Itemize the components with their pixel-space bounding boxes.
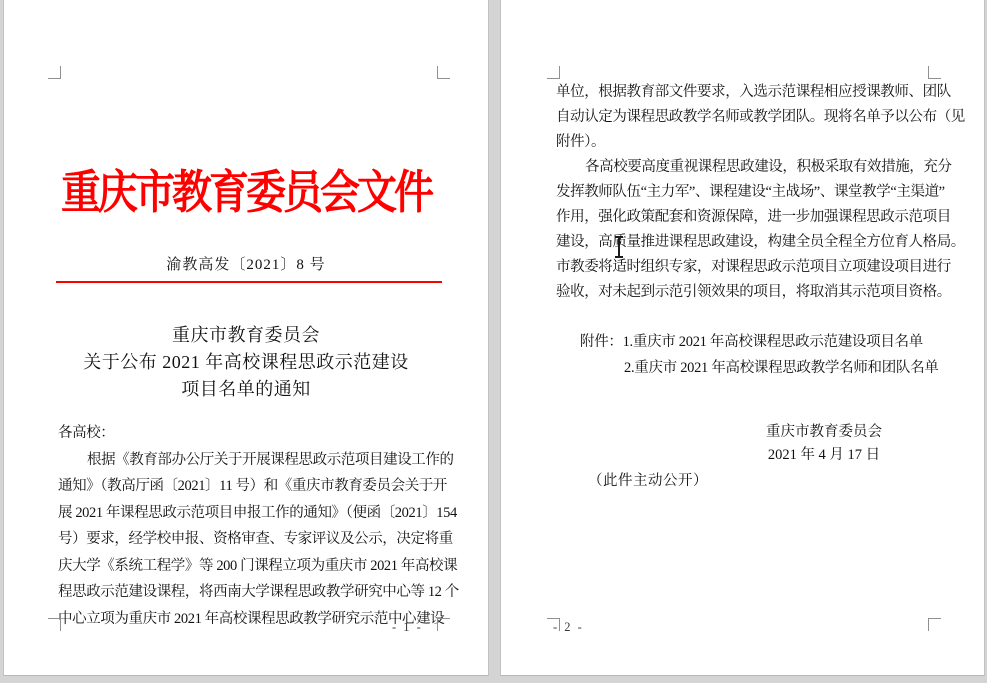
page1-body: 各高校： 根据《教育部办公厅关于开展课程思政示范项目建设工作的 通知》（教高厅函… — [58, 420, 442, 632]
red-separator-line — [56, 281, 442, 283]
crop-mark-bottom-left-p1 — [48, 618, 61, 631]
crop-mark-top-left-p1 — [48, 66, 61, 79]
text-cursor-icon — [614, 236, 624, 258]
document-page-1[interactable]: 重庆市教育委员会文件 渝教高发〔2021〕8 号 重庆市教育委员会 关于公布 2… — [3, 0, 489, 676]
body-line: 庆大学《系统工程学》等 200 门课程立项为重庆市 2021 年高校课 — [58, 553, 442, 580]
sign-date: 2021 年 4 月 17 日 — [731, 444, 917, 467]
crop-mark-bottom-right-p2 — [928, 618, 941, 631]
page-number-1: - 1 - — [392, 620, 423, 635]
body-line: 发挥教师队伍“主力军”、课程建设“主战场”、课堂教学“主渠道” — [556, 180, 940, 205]
document-page-2[interactable]: 单位，根据教育部文件要求，入选示范课程相应授课教师、团队 自动认定为课程思政教学… — [500, 0, 985, 676]
document-title-line: 项目名单的通知 — [4, 376, 488, 403]
document-title-line: 重庆市教育委员会 — [4, 322, 488, 349]
body-line: 验收，对未起到示范引领效果的项目，将取消其示范项目资格。 — [556, 280, 940, 305]
crop-mark-bottom-right-p1 — [437, 618, 450, 631]
signature-block: 重庆市教育委员会 2021 年 4 月 17 日 — [731, 421, 917, 467]
disclosure-note: （此件主动公开） — [588, 469, 708, 490]
attachments-list: 附件：1.重庆市 2021 年高校课程思政示范建设项目名单 2.重庆市 2021… — [580, 329, 939, 381]
letterhead-title: 重庆市教育委员会文件 — [4, 156, 488, 222]
body-line: 市教委将适时组织专家，对课程思政示范项目立项建设项目进行 — [556, 255, 940, 280]
body-line: 附件）。 — [556, 130, 940, 155]
attachment-line: 2.重庆市 2021 年高校课程思政教学名师和团队名单 — [580, 355, 939, 381]
body-line: 根据《教育部办公厅关于开展课程思政示范项目建设工作的 — [58, 447, 442, 474]
doc-number: 渝教高发〔2021〕8 号 — [4, 253, 488, 274]
body-line: 中心立项为重庆市 2021 年高校课程思政教学研究示范中心建设 — [58, 606, 442, 633]
page2-body: 单位，根据教育部文件要求，入选示范课程相应授课教师、团队 自动认定为课程思政教学… — [556, 80, 940, 305]
body-line: 通知》（教高厅函〔2021〕11 号）和《重庆市教育委员会关于开 — [58, 473, 442, 500]
body-line: 自动认定为课程思政教学名师或教学团队。现将名单予以公布（见 — [556, 105, 940, 130]
document-title: 重庆市教育委员会 关于公布 2021 年高校课程思政示范建设 项目名单的通知 — [4, 322, 488, 403]
page-number-2: - 2 - — [553, 620, 584, 635]
salutation: 各高校： — [58, 420, 442, 447]
signer-name: 重庆市教育委员会 — [731, 421, 917, 444]
crop-mark-top-left-p2 — [547, 66, 560, 79]
body-line: 作用，强化政策配套和资源保障，进一步加强课程思政示范项目 — [556, 205, 940, 230]
attachment-line: 附件：1.重庆市 2021 年高校课程思政示范建设项目名单 — [580, 329, 939, 355]
body-line: 号）要求，经学校申报、资格审查、专家评议及公示，决定将重 — [58, 526, 442, 553]
body-line: 展 2021 年课程思政示范项目申报工作的通知》（便函〔2021〕154 — [58, 500, 442, 527]
crop-mark-top-right-p2 — [928, 66, 941, 79]
document-title-line: 关于公布 2021 年高校课程思政示范建设 — [4, 349, 488, 376]
crop-mark-top-right-p1 — [437, 66, 450, 79]
body-line: 程思政示范建设课程，将西南大学课程思政教学研究中心等 12 个 — [58, 579, 442, 606]
body-line: 各高校要高度重视课程思政建设，积极采取有效措施，充分 — [556, 155, 940, 180]
body-line: 单位，根据教育部文件要求，入选示范课程相应授课教师、团队 — [556, 80, 940, 105]
document-viewer-canvas: 重庆市教育委员会文件 渝教高发〔2021〕8 号 重庆市教育委员会 关于公布 2… — [0, 0, 987, 683]
